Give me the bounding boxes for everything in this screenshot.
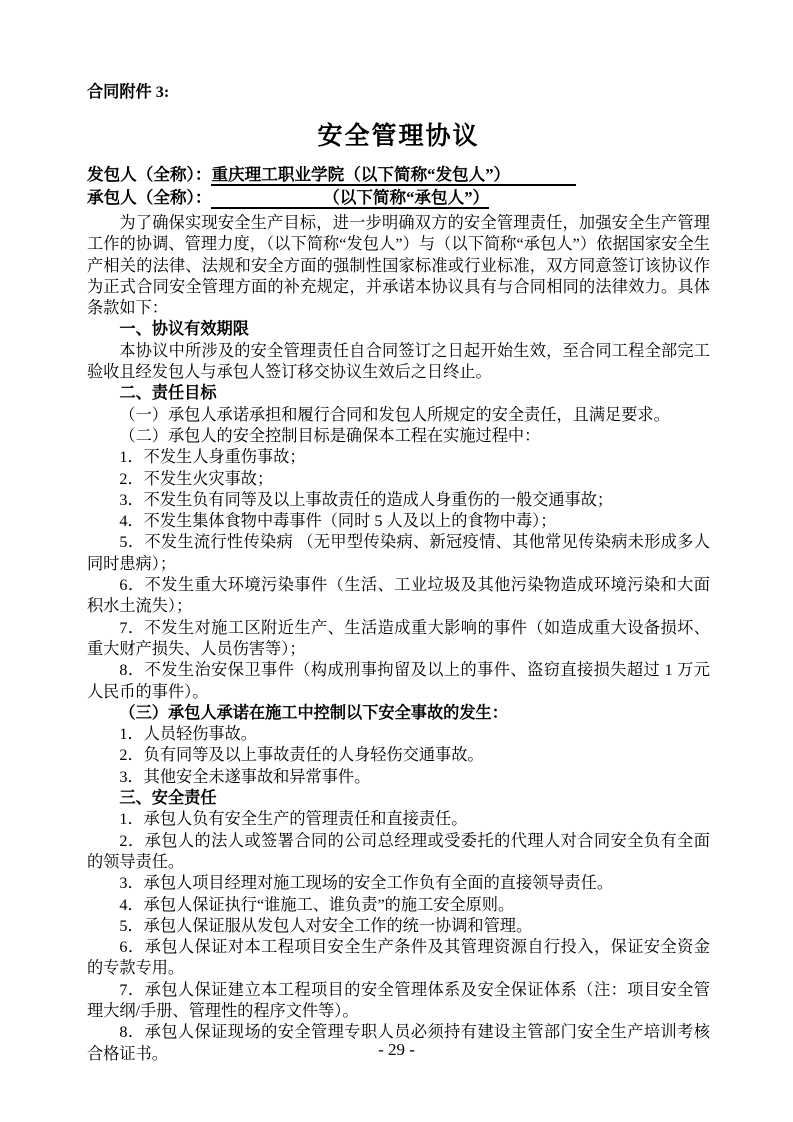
clause-2-1: （一）承包人承诺承担和履行合同和发包人所规定的安全责任，且满足要求。: [87, 405, 710, 426]
list-item-2-2-4: 4．不发生集体食物中毒事件（同时 5 人及以上的食物中毒）；: [87, 511, 710, 532]
list-item-2-2-6: 6．不发生重大环境污染事件（生活、工业垃圾及其他污染物造成环境污染和大面积水土流…: [87, 575, 710, 618]
section-3-heading: 三、安全责任: [87, 788, 710, 809]
clause-2-3-heading: （三）承包人承诺在施工中控制以下安全事故的发生：: [87, 703, 710, 724]
clause-2-2: （二）承包人的安全控制目标是确保本工程在实施过程中：: [87, 426, 710, 447]
list-item-3-6: 6．承包人保证对本工程项目安全生产条件及其管理资源自行投入，保证安全资金的专款专…: [87, 937, 710, 980]
section-2-heading: 二、责任目标: [87, 383, 710, 404]
list-item-2-2-8: 8．不发生治安保卫事件（构成刑事拘留及以上的事件、盗窃直接损失超过 1 万元人民…: [87, 660, 710, 703]
document-title: 安全管理协议: [87, 116, 710, 152]
section-1-heading: 一、协议有效期限: [87, 319, 710, 340]
list-item-3-5: 5．承包人保证服从发包人对安全工作的统一协调和管理。: [87, 916, 710, 937]
employer-label: 发包人（全称）：: [87, 165, 211, 184]
employer-value-underlined: 重庆理工职业学院（以下简称“发包人”）: [211, 165, 576, 186]
list-item-2-3-1: 1．人员轻伤事故。: [87, 724, 710, 745]
document-page: 合同附件 3: 安全管理协议 发包人（全称）：重庆理工职业学院（以下简称“发包人…: [0, 0, 793, 1122]
list-item-3-2: 2．承包人的法人或签署合同的公司总经理或受委托的代理人对合同安全负有全面的领导责…: [87, 831, 710, 874]
employer-line: 发包人（全称）：重庆理工职业学院（以下简称“发包人”）: [87, 164, 710, 187]
list-item-2-2-5: 5．不发生流行性传染病 （无甲型传染病、新冠疫情、其他常见传染病未形成多人同时患…: [87, 532, 710, 575]
section-1-paragraph: 本协议中所涉及的安全管理责任自合同签订之日起开始生效，至合同工程全部完工验收且经…: [87, 341, 710, 384]
list-item-2-3-2: 2．负有同等及以上事故责任的人身轻伤交通事故。: [87, 745, 710, 766]
list-item-3-1: 1．承包人负有安全生产的管理责任和直接责任。: [87, 809, 710, 830]
list-item-2-2-3: 3．不发生负有同等及以上事故责任的造成人身重伤的一般交通事故；: [87, 490, 710, 511]
list-item-2-2-2: 2．不发生火灾事故；: [87, 469, 710, 490]
attachment-label: 合同附件 3:: [87, 78, 710, 102]
paragraph-intro: 为了确保实现安全生产目标，进一步明确双方的安全管理责任，加强安全生产管理工作的协…: [87, 213, 710, 319]
contractor-value-underlined: （以下简称“承包人”）: [211, 188, 489, 209]
contractor-line: 承包人（全称）：（以下简称“承包人”）: [87, 187, 710, 210]
list-item-2-2-7: 7．不发生对施工区附近生产、生活造成重大影响的事件（如造成重大设备损坏、重大财产…: [87, 618, 710, 661]
document-body: 为了确保实现安全生产目标，进一步明确双方的安全管理责任，加强安全生产管理工作的协…: [87, 213, 710, 1065]
list-item-2-3-3: 3．其他安全未遂事故和异常事件。: [87, 767, 710, 788]
list-item-2-2-1: 1．不发生人身重伤事故；: [87, 447, 710, 468]
list-item-3-4: 4．承包人保证执行“谁施工、谁负责”的施工安全原则。: [87, 895, 710, 916]
list-item-3-7: 7．承包人保证建立本工程项目的安全管理体系及安全保证体系（注：项目安全管理大纲/…: [87, 980, 710, 1023]
contractor-label: 承包人（全称）：: [87, 188, 211, 207]
page-number: - 29 -: [0, 1040, 793, 1060]
list-item-3-3: 3．承包人项目经理对施工现场的安全工作负有全面的直接领导责任。: [87, 873, 710, 894]
